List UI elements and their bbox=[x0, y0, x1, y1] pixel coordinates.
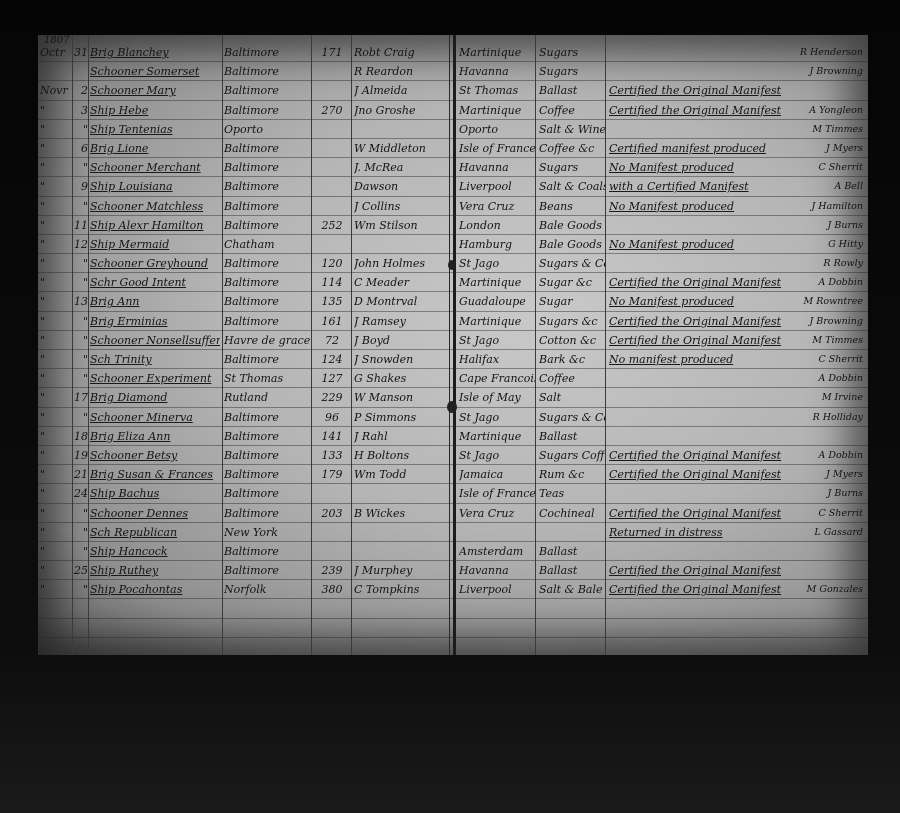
ledger-row: ""Schr Good IntentBaltimore114C Meader bbox=[38, 273, 455, 292]
port-cell: Baltimore bbox=[224, 273, 310, 292]
vessel-cell: Schooner Dennes bbox=[90, 504, 220, 523]
tons-cell: 133 bbox=[314, 446, 350, 465]
tons-cell: 124 bbox=[314, 350, 350, 369]
ledger-row: "17Brig DiamondRutland229W Manson bbox=[38, 388, 455, 407]
from-cell: St Jago bbox=[459, 446, 535, 465]
signer-cell: M Rowntree bbox=[755, 292, 863, 311]
tons-cell bbox=[314, 523, 350, 542]
tons-cell: 96 bbox=[314, 408, 350, 427]
port-cell: Baltimore bbox=[224, 292, 310, 311]
ledger-row: AmsterdamBallast bbox=[455, 542, 868, 561]
master-cell: D Montrval bbox=[354, 292, 450, 311]
ledger-row: Vera CruzCochinealCertified the Original… bbox=[455, 504, 868, 523]
ledger-row: "6Brig LioneBaltimoreW Middleton bbox=[38, 139, 455, 158]
ledger-row: ""Brig ErminiasBaltimore161J Ramsey bbox=[38, 312, 455, 331]
ledger-row: Cape FrancoisCoffeeA Dobbin bbox=[455, 369, 868, 388]
signer-cell: G Hitty bbox=[755, 235, 863, 254]
ledger-row: "11Ship Alexr HamiltonBaltimore252Wm Sti… bbox=[38, 216, 455, 235]
tons-cell: 114 bbox=[314, 273, 350, 292]
tons-cell bbox=[314, 484, 350, 503]
port-cell: Baltimore bbox=[224, 465, 310, 484]
master-cell: J Ramsey bbox=[354, 312, 450, 331]
ledger-row: St JagoSugars & CoffeeR Rowly bbox=[455, 254, 868, 273]
ledger-row: St JagoCotton &cCertified the Original M… bbox=[455, 331, 868, 350]
ledger-row: "24Ship BachusBaltimore bbox=[38, 484, 455, 503]
day-cell bbox=[68, 619, 88, 638]
from-cell: Jamaica bbox=[459, 465, 535, 484]
signer-cell: C Sherrit bbox=[755, 504, 863, 523]
day-cell: 19 bbox=[68, 446, 88, 465]
vessel-cell: Brig Lione bbox=[90, 139, 220, 158]
cargo-cell: Sugar bbox=[539, 292, 605, 311]
tons-cell bbox=[314, 62, 350, 81]
signer-cell: A Dobbin bbox=[755, 273, 863, 292]
port-cell: Baltimore bbox=[224, 43, 310, 62]
port-cell: Baltimore bbox=[224, 427, 310, 446]
from-cell: St Jago bbox=[459, 408, 535, 427]
day-cell: 31 bbox=[68, 43, 88, 62]
vessel-cell: Schooner Greyhound bbox=[90, 254, 220, 273]
tons-cell bbox=[314, 120, 350, 139]
master-cell: G Shakes bbox=[354, 369, 450, 388]
cargo-cell: Sugars bbox=[539, 62, 605, 81]
cargo-cell: Teas bbox=[539, 484, 605, 503]
signer-cell: C Sherrit bbox=[755, 158, 863, 177]
left-entries: Octr31Brig BlancheyBaltimore171Robt Crai… bbox=[38, 43, 455, 638]
signer-cell: R Henderson bbox=[755, 43, 863, 62]
master-cell: R Reardon bbox=[354, 62, 450, 81]
ledger-row: MartiniqueBallast bbox=[455, 427, 868, 446]
signer-cell bbox=[755, 561, 863, 580]
from-cell: Oporto bbox=[459, 120, 535, 139]
day-cell: " bbox=[68, 331, 88, 350]
ledger-row: ""Schooner MatchlessBaltimoreJ Collins bbox=[38, 197, 455, 216]
day-cell: " bbox=[68, 273, 88, 292]
right-page: MartiniqueSugarsR HendersonHavannaSugars… bbox=[455, 35, 868, 655]
signer-cell: M Timmes bbox=[755, 120, 863, 139]
from-cell: Liverpool bbox=[459, 580, 535, 599]
ledger-row: "9Ship LouisianaBaltimoreDawson bbox=[38, 177, 455, 196]
ledger-row: "13Brig AnnBaltimore135D Montrval bbox=[38, 292, 455, 311]
cargo-cell: Bale Goods bbox=[539, 216, 605, 235]
from-cell: Halifax bbox=[459, 350, 535, 369]
signer-cell bbox=[755, 599, 863, 618]
from-cell: St Jago bbox=[459, 254, 535, 273]
cargo-cell bbox=[539, 599, 605, 618]
vessel-cell: Ship Tentenias bbox=[90, 120, 220, 139]
master-cell: W Middleton bbox=[354, 139, 450, 158]
signer-cell: R Holliday bbox=[755, 408, 863, 427]
signer-cell: J Burns bbox=[755, 216, 863, 235]
vessel-cell: Brig Blanchey bbox=[90, 43, 220, 62]
port-cell: Rutland bbox=[224, 388, 310, 407]
port-cell: Oporto bbox=[224, 120, 310, 139]
tons-cell bbox=[314, 177, 350, 196]
cargo-cell: Salt & Bale goods bbox=[539, 580, 605, 599]
port-cell: Baltimore bbox=[224, 254, 310, 273]
ledger-row: Isle of MaySaltM Irvine bbox=[455, 388, 868, 407]
tons-cell: 161 bbox=[314, 312, 350, 331]
from-cell: Isle of France bbox=[459, 139, 535, 158]
vessel-cell: Schooner Somerset bbox=[90, 62, 220, 81]
day-cell: " bbox=[68, 120, 88, 139]
ledger-row: ""Sch RepublicanNew York bbox=[38, 523, 455, 542]
tons-cell bbox=[314, 158, 350, 177]
port-cell: Chatham bbox=[224, 235, 310, 254]
from-cell: Guadaloupe bbox=[459, 292, 535, 311]
cargo-cell: Sugars &c bbox=[539, 312, 605, 331]
ledger-row: HavannaSugarsJ Browning bbox=[455, 62, 868, 81]
day-cell: " bbox=[68, 158, 88, 177]
ledger-row bbox=[38, 599, 455, 618]
signer-cell: J Burns bbox=[755, 484, 863, 503]
cargo-cell: Cochineal bbox=[539, 504, 605, 523]
cargo-cell: Sugars & Coffee bbox=[539, 408, 605, 427]
from-cell: London bbox=[459, 216, 535, 235]
signer-cell: M Gonzales bbox=[755, 580, 863, 599]
master-cell: B Wickes bbox=[354, 504, 450, 523]
cargo-cell: Bark &c bbox=[539, 350, 605, 369]
from-cell: Martinique bbox=[459, 427, 535, 446]
from-cell: Cape Francois bbox=[459, 369, 535, 388]
ledger-row: HavannaSugarsNo Manifest producedC Sherr… bbox=[455, 158, 868, 177]
port-cell: Baltimore bbox=[224, 504, 310, 523]
ledger-row: Isle of FranceCoffee &cCertified manifes… bbox=[455, 139, 868, 158]
ledger-row: GuadaloupeSugarNo Manifest producedM Row… bbox=[455, 292, 868, 311]
master-cell: Jno Groshe bbox=[354, 101, 450, 120]
master-cell bbox=[354, 484, 450, 503]
signer-cell: A Yongleon bbox=[755, 101, 863, 120]
day-cell: " bbox=[68, 197, 88, 216]
ledger-row: Returned in distressL Gassard bbox=[455, 523, 868, 542]
ledger-row bbox=[455, 619, 868, 638]
signer-cell: M Timmes bbox=[755, 331, 863, 350]
master-cell bbox=[354, 599, 450, 618]
port-cell: Baltimore bbox=[224, 62, 310, 81]
right-entries: MartiniqueSugarsR HendersonHavannaSugars… bbox=[455, 43, 868, 638]
signer-cell: J Myers bbox=[755, 139, 863, 158]
tons-cell bbox=[314, 619, 350, 638]
from-cell bbox=[459, 523, 535, 542]
port-cell: Baltimore bbox=[224, 561, 310, 580]
day-cell: " bbox=[68, 312, 88, 331]
cargo-cell: Sugars bbox=[539, 158, 605, 177]
master-cell bbox=[354, 120, 450, 139]
tons-cell: 127 bbox=[314, 369, 350, 388]
ledger-row: MartiniqueSugars &cCertified the Origina… bbox=[455, 312, 868, 331]
port-cell: St Thomas bbox=[224, 369, 310, 388]
signer-cell: C Sherrit bbox=[755, 350, 863, 369]
tons-cell: 229 bbox=[314, 388, 350, 407]
cargo-cell: Coffee bbox=[539, 369, 605, 388]
port-cell: Baltimore bbox=[224, 446, 310, 465]
vessel-cell: Brig Diamond bbox=[90, 388, 220, 407]
port-cell: Baltimore bbox=[224, 350, 310, 369]
master-cell: J Rahl bbox=[354, 427, 450, 446]
day-cell: 9 bbox=[68, 177, 88, 196]
vessel-cell: Schooner Mary bbox=[90, 81, 220, 100]
master-cell: J Almeida bbox=[354, 81, 450, 100]
day-cell: " bbox=[68, 254, 88, 273]
ledger-row: ""Sch TrinityBaltimore124J Snowden bbox=[38, 350, 455, 369]
tons-cell: 120 bbox=[314, 254, 350, 273]
ledger-row: Vera CruzBeansNo Manifest producedJ Hami… bbox=[455, 197, 868, 216]
cargo-cell: Ballast bbox=[539, 542, 605, 561]
tons-cell: 270 bbox=[314, 101, 350, 120]
vessel-cell: Brig Susan & Frances bbox=[90, 465, 220, 484]
signer-cell: A Bell bbox=[755, 177, 863, 196]
port-cell: Baltimore bbox=[224, 542, 310, 561]
cargo-cell: Coffee &c bbox=[539, 139, 605, 158]
vessel-cell bbox=[90, 619, 220, 638]
ledger-row: ""Schooner DennesBaltimore203B Wickes bbox=[38, 504, 455, 523]
ledger-row: MartiniqueSugarsR Henderson bbox=[455, 43, 868, 62]
left-page: 1807 Octr31Brig BlancheyBaltimore171Robt… bbox=[38, 35, 455, 655]
tons-cell: 72 bbox=[314, 331, 350, 350]
day-cell: " bbox=[68, 369, 88, 388]
day-cell: 3 bbox=[68, 101, 88, 120]
ledger-row: "3Ship HebeBaltimore270Jno Groshe bbox=[38, 101, 455, 120]
from-cell: Martinique bbox=[459, 101, 535, 120]
master-cell: J Collins bbox=[354, 197, 450, 216]
tons-cell bbox=[314, 235, 350, 254]
port-cell: Baltimore bbox=[224, 216, 310, 235]
ledger-row: "18Brig Eliza AnnBaltimore141J Rahl bbox=[38, 427, 455, 446]
from-cell: Martinique bbox=[459, 273, 535, 292]
ledger-row: ""Schooner GreyhoundBaltimore120John Hol… bbox=[38, 254, 455, 273]
vessel-cell: Ship Hancock bbox=[90, 542, 220, 561]
ledger-row: Octr31Brig BlancheyBaltimore171Robt Crai… bbox=[38, 43, 455, 62]
master-cell bbox=[354, 235, 450, 254]
master-cell: J Boyd bbox=[354, 331, 450, 350]
vessel-cell: Brig Eliza Ann bbox=[90, 427, 220, 446]
vessel-cell: Schooner Matchless bbox=[90, 197, 220, 216]
vessel-cell: Ship Mermaid bbox=[90, 235, 220, 254]
vessel-cell bbox=[90, 599, 220, 618]
signer-cell: R Rowly bbox=[755, 254, 863, 273]
master-cell: Wm Todd bbox=[354, 465, 450, 484]
master-cell bbox=[354, 542, 450, 561]
cargo-cell: Salt & Wines bbox=[539, 120, 605, 139]
vessel-cell: Schooner Minerva bbox=[90, 408, 220, 427]
from-cell: St Jago bbox=[459, 331, 535, 350]
ledger-row bbox=[38, 619, 455, 638]
ledger-row: Isle of FranceTeasJ Burns bbox=[455, 484, 868, 503]
ledger-row: ""Ship TenteniasOporto bbox=[38, 120, 455, 139]
cargo-cell: Beans bbox=[539, 197, 605, 216]
day-cell: 2 bbox=[68, 81, 88, 100]
tons-cell bbox=[314, 599, 350, 618]
ledger-row: "25Ship RutheyBaltimore239J Murphey bbox=[38, 561, 455, 580]
tons-cell: 141 bbox=[314, 427, 350, 446]
ledger-row: MartiniqueCoffeeCertified the Original M… bbox=[455, 101, 868, 120]
cargo-cell: Cotton &c bbox=[539, 331, 605, 350]
master-cell: P Simmons bbox=[354, 408, 450, 427]
master-cell: J. McRea bbox=[354, 158, 450, 177]
master-cell: C Tompkins bbox=[354, 580, 450, 599]
tons-cell: 203 bbox=[314, 504, 350, 523]
signer-cell: J Hamilton bbox=[755, 197, 863, 216]
day-cell: " bbox=[68, 542, 88, 561]
vessel-cell: Sch Trinity bbox=[90, 350, 220, 369]
from-cell: Martinique bbox=[459, 43, 535, 62]
from-cell: Isle of France bbox=[459, 484, 535, 503]
ledger-row: JamaicaRum &cCertified the Original Mani… bbox=[455, 465, 868, 484]
master-cell bbox=[354, 619, 450, 638]
vessel-cell: Schooner Experiment bbox=[90, 369, 220, 388]
from-cell: Vera Cruz bbox=[459, 197, 535, 216]
ledger-row: Schooner SomersetBaltimoreR Reardon bbox=[38, 62, 455, 81]
day-cell: 18 bbox=[68, 427, 88, 446]
from-cell: St Thomas bbox=[459, 81, 535, 100]
vessel-cell: Schr Good Intent bbox=[90, 273, 220, 292]
from-cell: Vera Cruz bbox=[459, 504, 535, 523]
day-cell: 11 bbox=[68, 216, 88, 235]
day-cell: 24 bbox=[68, 484, 88, 503]
signer-cell: L Gassard bbox=[755, 523, 863, 542]
master-cell: H Boltons bbox=[354, 446, 450, 465]
from-cell: Havanna bbox=[459, 561, 535, 580]
day-cell: " bbox=[68, 350, 88, 369]
signer-cell bbox=[755, 542, 863, 561]
cargo-cell: Rum &c bbox=[539, 465, 605, 484]
from-cell: Isle of May bbox=[459, 388, 535, 407]
port-cell: Baltimore bbox=[224, 101, 310, 120]
cargo-cell: Sugars Coffee bbox=[539, 446, 605, 465]
ledger-row: St JagoSugars & CoffeeR Holliday bbox=[455, 408, 868, 427]
tons-cell: 239 bbox=[314, 561, 350, 580]
cargo-cell: Bale Goods bbox=[539, 235, 605, 254]
day-cell bbox=[68, 599, 88, 618]
ledger-row: St JagoSugars CoffeeCertified the Origin… bbox=[455, 446, 868, 465]
port-cell: Baltimore bbox=[224, 158, 310, 177]
port-cell: Baltimore bbox=[224, 197, 310, 216]
ledger-row: ""Schooner NonsellsufferHavre de grace72… bbox=[38, 331, 455, 350]
ledger-row: ""Ship PocahontasNorfolk380C Tompkins bbox=[38, 580, 455, 599]
vessel-cell: Schooner Merchant bbox=[90, 158, 220, 177]
cargo-cell bbox=[539, 619, 605, 638]
gutter-rule bbox=[449, 35, 450, 655]
tons-cell bbox=[314, 197, 350, 216]
tons-cell: 171 bbox=[314, 43, 350, 62]
master-cell: John Holmes bbox=[354, 254, 450, 273]
day-cell: 13 bbox=[68, 292, 88, 311]
port-cell: Havre de grace bbox=[224, 331, 310, 350]
master-cell: W Manson bbox=[354, 388, 450, 407]
ledger-row: Novr2Schooner MaryBaltimoreJ Almeida bbox=[38, 81, 455, 100]
day-cell: " bbox=[68, 408, 88, 427]
ledger-row: "12Ship MermaidChatham bbox=[38, 235, 455, 254]
from-cell: Martinique bbox=[459, 312, 535, 331]
master-cell: Dawson bbox=[354, 177, 450, 196]
ledger-row: LiverpoolSalt & Bale goodsCertified the … bbox=[455, 580, 868, 599]
master-cell: J Snowden bbox=[354, 350, 450, 369]
signer-cell: A Dobbin bbox=[755, 446, 863, 465]
day-cell: 21 bbox=[68, 465, 88, 484]
cargo-cell: Salt bbox=[539, 388, 605, 407]
ledger-row: "19Schooner BetsyBaltimore133H Boltons bbox=[38, 446, 455, 465]
cargo-cell: Ballast bbox=[539, 81, 605, 100]
ledger-row: "21Brig Susan & FrancesBaltimore179Wm To… bbox=[38, 465, 455, 484]
tons-cell: 179 bbox=[314, 465, 350, 484]
ledger-row bbox=[455, 599, 868, 618]
port-cell: Baltimore bbox=[224, 81, 310, 100]
signer-cell bbox=[755, 427, 863, 446]
port-cell: Baltimore bbox=[224, 177, 310, 196]
ledger-row: HalifaxBark &cNo manifest producedC Sher… bbox=[455, 350, 868, 369]
tons-cell bbox=[314, 81, 350, 100]
ledger-row: ""Ship HancockBaltimore bbox=[38, 542, 455, 561]
ledger-spread: 1807 Octr31Brig BlancheyBaltimore171Robt… bbox=[38, 35, 868, 655]
ledger-row: LiverpoolSalt & Coalswith a Certified Ma… bbox=[455, 177, 868, 196]
vessel-cell: Ship Hebe bbox=[90, 101, 220, 120]
tons-cell bbox=[314, 139, 350, 158]
vessel-cell: Schooner Nonsellsuffer bbox=[90, 331, 220, 350]
port-cell: Baltimore bbox=[224, 139, 310, 158]
day-cell bbox=[68, 62, 88, 81]
signer-cell bbox=[755, 619, 863, 638]
port-cell: Baltimore bbox=[224, 484, 310, 503]
ledger-row: HamburgBale GoodsNo Manifest producedG H… bbox=[455, 235, 868, 254]
from-cell: Havanna bbox=[459, 158, 535, 177]
from-cell: Hamburg bbox=[459, 235, 535, 254]
from-cell: Amsterdam bbox=[459, 542, 535, 561]
from-cell: Liverpool bbox=[459, 177, 535, 196]
master-cell bbox=[354, 523, 450, 542]
port-cell: Norfolk bbox=[224, 580, 310, 599]
signer-cell: M Irvine bbox=[755, 388, 863, 407]
port-cell: Baltimore bbox=[224, 408, 310, 427]
cargo-cell: Coffee bbox=[539, 101, 605, 120]
cargo-cell: Ballast bbox=[539, 427, 605, 446]
from-cell bbox=[459, 619, 535, 638]
ledger-row: ""Schooner MerchantBaltimoreJ. McRea bbox=[38, 158, 455, 177]
vessel-cell: Ship Ruthey bbox=[90, 561, 220, 580]
cargo-cell: Sugars & Coffee bbox=[539, 254, 605, 273]
signer-cell bbox=[755, 81, 863, 100]
tons-cell: 380 bbox=[314, 580, 350, 599]
day-cell: 12 bbox=[68, 235, 88, 254]
vessel-cell: Schooner Betsy bbox=[90, 446, 220, 465]
day-cell: " bbox=[68, 504, 88, 523]
vessel-cell: Sch Republican bbox=[90, 523, 220, 542]
port-cell bbox=[224, 619, 310, 638]
signer-cell: J Browning bbox=[755, 312, 863, 331]
vessel-cell: Ship Louisiana bbox=[90, 177, 220, 196]
ledger-row: LondonBale GoodsJ Burns bbox=[455, 216, 868, 235]
day-cell: " bbox=[68, 580, 88, 599]
port-cell bbox=[224, 599, 310, 618]
cargo-cell: Ballast bbox=[539, 561, 605, 580]
vessel-cell: Ship Bachus bbox=[90, 484, 220, 503]
vessel-cell: Ship Alexr Hamilton bbox=[90, 216, 220, 235]
signer-cell: A Dobbin bbox=[755, 369, 863, 388]
from-cell bbox=[459, 599, 535, 618]
port-cell: New York bbox=[224, 523, 310, 542]
signer-cell: J Browning bbox=[755, 62, 863, 81]
day-cell: 25 bbox=[68, 561, 88, 580]
signer-cell: J Myers bbox=[755, 465, 863, 484]
vessel-cell: Brig Erminias bbox=[90, 312, 220, 331]
ledger-row: MartiniqueSugar &cCertified the Original… bbox=[455, 273, 868, 292]
day-cell: 6 bbox=[68, 139, 88, 158]
master-cell: Wm Stilson bbox=[354, 216, 450, 235]
from-cell: Havanna bbox=[459, 62, 535, 81]
master-cell: J Murphey bbox=[354, 561, 450, 580]
tons-cell: 252 bbox=[314, 216, 350, 235]
cargo-cell: Sugars bbox=[539, 43, 605, 62]
vessel-cell: Brig Ann bbox=[90, 292, 220, 311]
